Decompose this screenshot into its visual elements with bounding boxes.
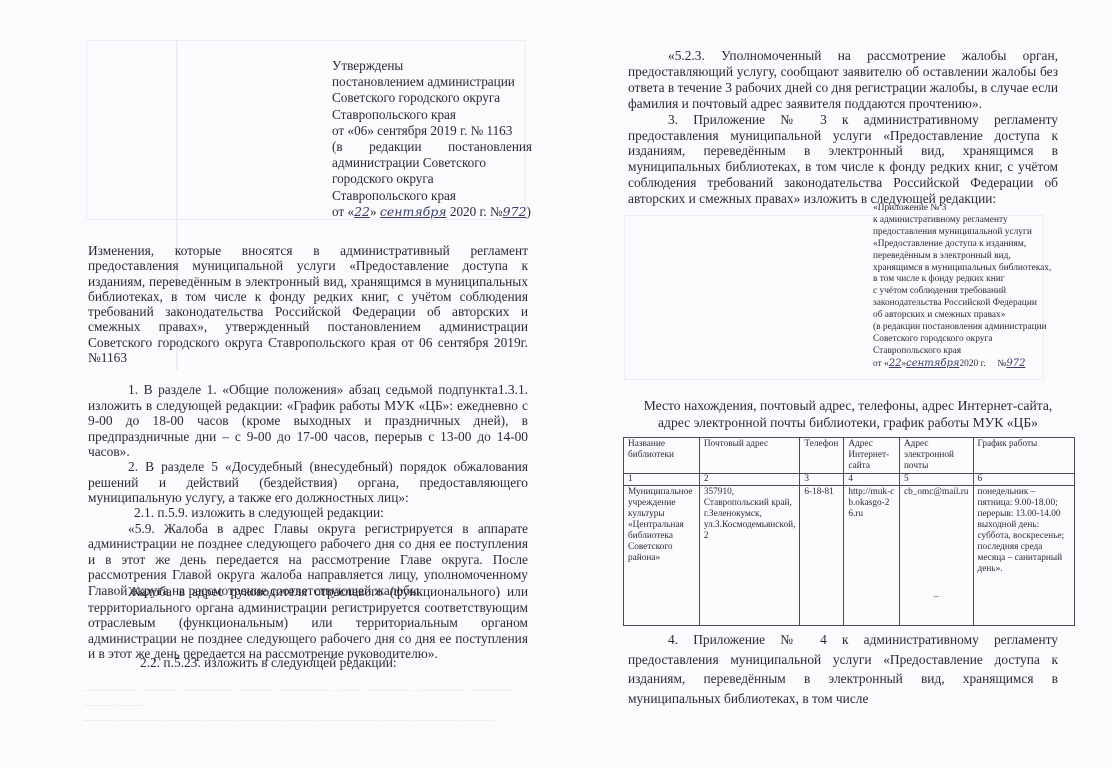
header-website: Адрес Интернет-сайта (844, 438, 900, 474)
approval-line: Советского городского округа (332, 90, 532, 106)
approval-line: Ставропольского края (332, 107, 532, 123)
cell-schedule: понедельник – пятница: 9.00-18.00; перер… (973, 486, 1074, 626)
header-postal-address: Почтовый адрес (699, 438, 800, 474)
handwritten-number: 972 (1006, 358, 1025, 369)
approval-line: Утверждены (332, 58, 532, 74)
approval-line: постановлением администрации (332, 74, 532, 90)
table-row: Муниципальное учреждение культуры «Центр… (624, 486, 1075, 626)
bleed-through-text: ————— ——— ———— ——— ————— —— ———— ———— ——… (84, 683, 514, 728)
table-header-row: Название библиотеки Почтовый адрес Телеф… (624, 438, 1075, 474)
handwritten-number: 972 (503, 204, 527, 219)
handwritten-month: сентября (906, 358, 959, 369)
approval-stamp: Утверждены постановлением администрации … (332, 58, 532, 220)
complaint-paragraph: Жалоба в адрес руководителя отраслевого … (88, 584, 528, 662)
paragraph-5-2-3: «5.2.3. Уполномоченный на рассмотрение ж… (628, 48, 1058, 112)
paragraph-4: 4. Приложение № 4 к административному ре… (628, 630, 1058, 708)
cell-phone: 6-18-81 (800, 486, 844, 626)
approval-line: (в редакции постановления (332, 139, 532, 155)
cell-website: http://muk-cb.okasgo-26.ru (844, 486, 900, 626)
document-title: Изменения, которые вносятся в администра… (88, 243, 528, 365)
handwritten-month: сентября (380, 204, 447, 219)
header-schedule: График работы (973, 438, 1074, 474)
header-library-name: Название библиотеки (624, 438, 700, 474)
approval-line: городского округа (332, 171, 532, 187)
cell-library-name: Муниципальное учреждение культуры «Центр… (624, 486, 700, 626)
appendix-date-line: от «22»сентября2020 г. №972 (873, 358, 1073, 371)
handwritten-day: 22 (354, 204, 370, 219)
table-title: Место нахождения, почтовый адрес, телефо… (628, 397, 1068, 431)
right-top-text: «5.2.3. Уполномоченный на рассмотрение ж… (628, 48, 1058, 207)
approval-date-line: от «22» сентября 2020 г. №972) (332, 204, 532, 220)
email-text: cb_omc@mail.ru (904, 487, 969, 497)
paragraph-3: 3. Приложение № 3 к административному ре… (628, 112, 1058, 207)
approval-line: Ставропольского края (332, 188, 532, 204)
section-2-2-paragraph: 2.2. п.5.23. изложить в следующей редакц… (88, 655, 528, 671)
section-1-paragraph: 1. В разделе 1. «Общие положения» абзац … (88, 382, 528, 460)
cell-email: cb_omc@mail.ru – (899, 486, 973, 626)
cell-postal-address: 357910, Ставропольский край, г.Зеленокум… (699, 486, 800, 626)
section-2-paragraph: 2. В разделе 5 «Досудебный (внесудебный)… (88, 459, 528, 506)
header-email: Адрес электронной почты (899, 438, 973, 474)
approval-line: от «06» сентября 2019 г. № 1163 (332, 123, 532, 139)
appendix-stamp: «Приложение № 3 к административному регл… (873, 203, 1073, 371)
document-page-left: Утверждены постановлением администрации … (0, 0, 556, 768)
column-number-row: 1 2 3 4 5 6 (624, 474, 1075, 486)
approval-line: администрации Советского (332, 155, 532, 171)
cell-mark: – (904, 592, 969, 603)
library-info-table: Название библиотеки Почтовый адрес Телеф… (623, 437, 1075, 626)
handwritten-day: 22 (889, 358, 902, 369)
header-phone: Телефон (800, 438, 844, 474)
